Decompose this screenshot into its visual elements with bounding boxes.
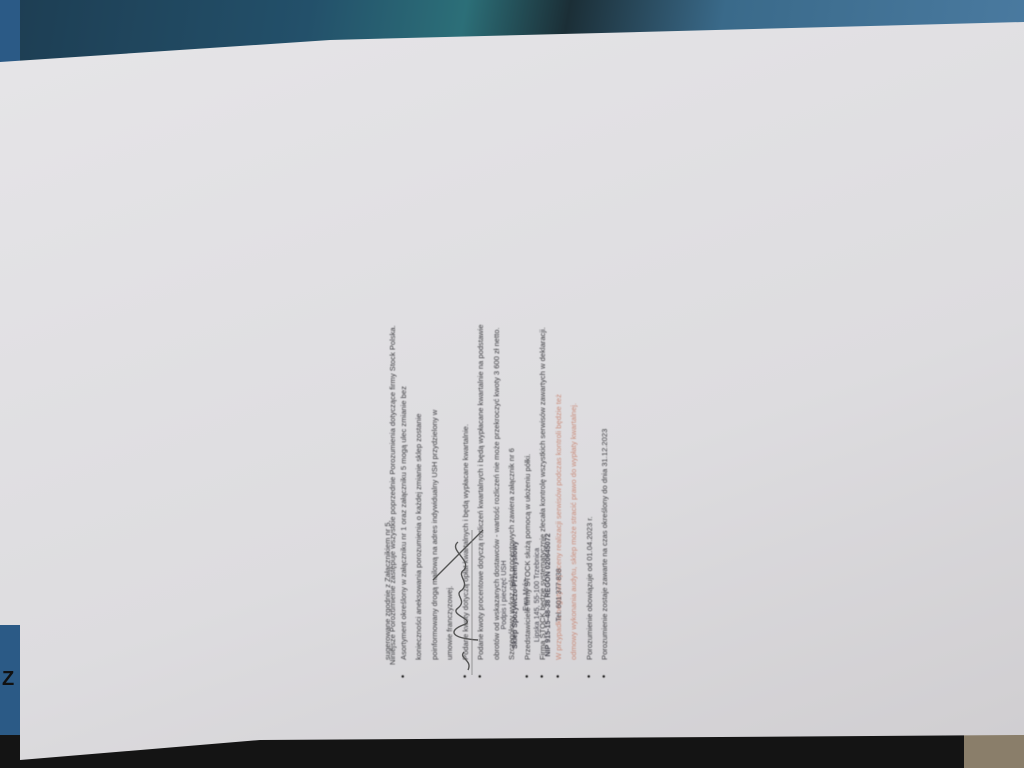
- document-line: Porozumienie zostaje zawarte na czas okr…: [597, 60, 613, 660]
- closing-statement: Niniejsze Porozumienie zastępuje wszystk…: [388, 325, 397, 665]
- signature: [428, 520, 488, 680]
- background-wood-corner: [964, 735, 1024, 768]
- stamp-company: Sklep Spożywczo-Przemysłowy: [509, 510, 520, 680]
- company-stamp: Podpis i pieczęć USH Sklep Spożywczo-Prz…: [498, 510, 564, 680]
- stamp-owner: Ewa Mróz: [520, 510, 531, 680]
- edge-mark: Z: [2, 668, 14, 691]
- stamp-ids: NIP 915-15-48-38 REGON 020645072: [542, 510, 553, 680]
- stamp-address: Lipska 145, 55-100 Trzebnica: [531, 510, 542, 680]
- document-line: Asortyment określony w załączniku nr 1 o…: [396, 60, 412, 660]
- document-line: odmowy wykonania audytu, sklep może stra…: [566, 60, 582, 660]
- document-line: konieczności aneksowania porozumienia o …: [411, 60, 427, 660]
- document-line: Porozumienie obowiązuje od 01.04.2023 r.: [582, 60, 598, 660]
- stamp-caption: Podpis i pieczęć USH: [498, 510, 509, 680]
- document-body: sugerowane zgodnie z Załącznikiem nr 5.A…: [380, 60, 613, 660]
- stamp-phone: Tel. 601 377 838: [553, 510, 564, 680]
